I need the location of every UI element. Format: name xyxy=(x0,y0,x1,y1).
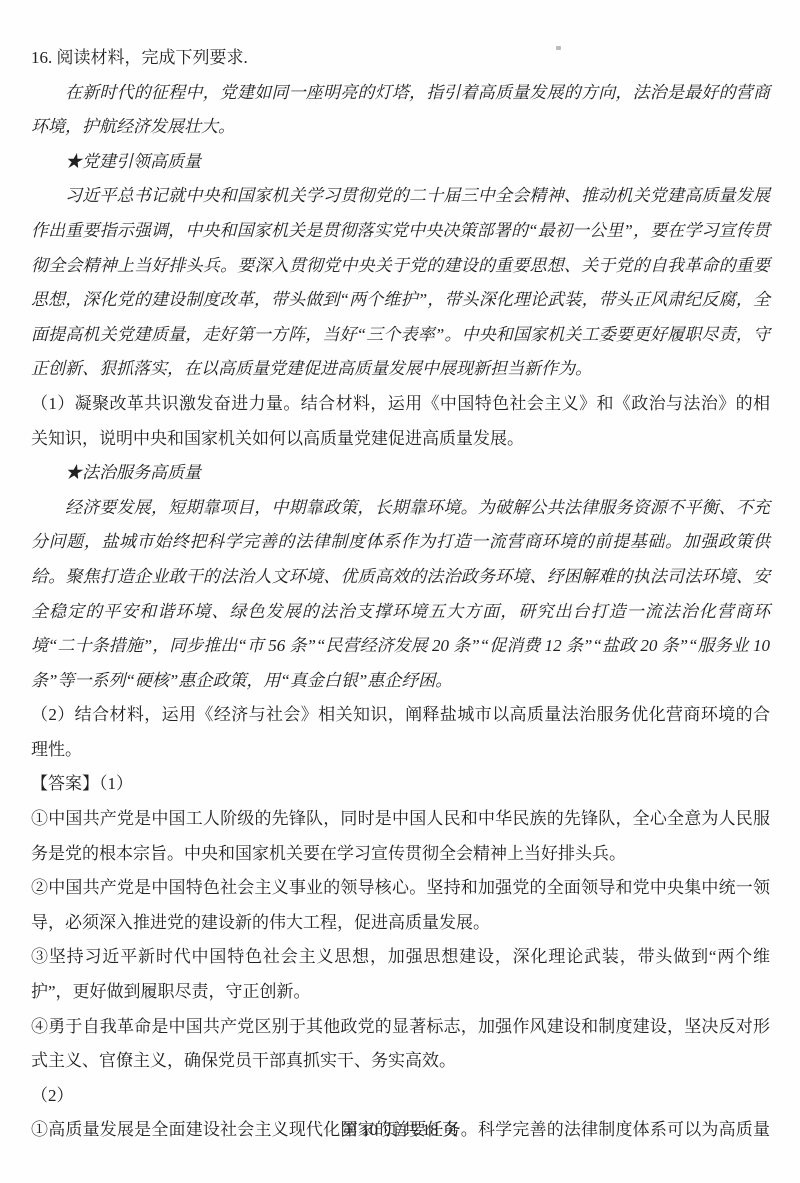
material-party-building: 习近平总书记就中央和国家机关学习贯彻党的二十届三中全会精神、推动机关党建高质量发… xyxy=(31,179,770,387)
answer-1-point-4: ④勇于自我革命是中国共产党区别于其他政党的显著标志，加强作风建设和制度建设，坚决… xyxy=(31,1010,770,1079)
document-content: 16. 阅读材料，完成下列要求. 在新时代的征程中，党建如同一座明亮的灯塔，指引… xyxy=(31,41,770,1148)
material-rule-of-law: 经济要发展，短期靠项目，中期靠政策，长期靠环境。为破解公共法律服务资源不平衡、不… xyxy=(31,491,770,699)
star-heading-rule-of-law: ★法治服务高质量 xyxy=(31,456,770,491)
question-header: 16. 阅读材料，完成下列要求. xyxy=(31,41,770,76)
material-intro: 在新时代的征程中，党建如同一座明亮的灯塔，指引着高质量发展的方向，法治是最好的营… xyxy=(31,76,770,145)
answer-1-point-3: ③坚持习近平新时代中国特色社会主义思想，加强思想建设，深化理论武装，带头做到“两… xyxy=(31,940,770,1009)
answer-2-label: （2） xyxy=(31,1079,770,1114)
exam-paper-page: 16. 阅读材料，完成下列要求. 在新时代的征程中，党建如同一座明亮的灯塔，指引… xyxy=(0,0,800,1183)
page-footer: 第 10 页/共 18 页 xyxy=(0,1114,800,1148)
question-1: （1）凝聚改革共识激发奋进力量。结合材料，运用《中国特色社会主义》和《政治与法治… xyxy=(31,387,770,456)
star-heading-party-building: ★党建引领高质量 xyxy=(31,145,770,180)
answer-1-point-2: ②中国共产党是中国特色社会主义事业的领导核心。坚持和加强党的全面领导和党中央集中… xyxy=(31,871,770,940)
answer-label: 【答案】（1） xyxy=(31,767,770,802)
question-2: （2）结合材料，运用《经济与社会》相关知识，阐释盐城市以高质量法治服务优化营商环… xyxy=(31,698,770,767)
answer-1-point-1: ①中国共产党是中国工人阶级的先锋队，同时是中国人民和中华民族的先锋队，全心全意为… xyxy=(31,802,770,871)
